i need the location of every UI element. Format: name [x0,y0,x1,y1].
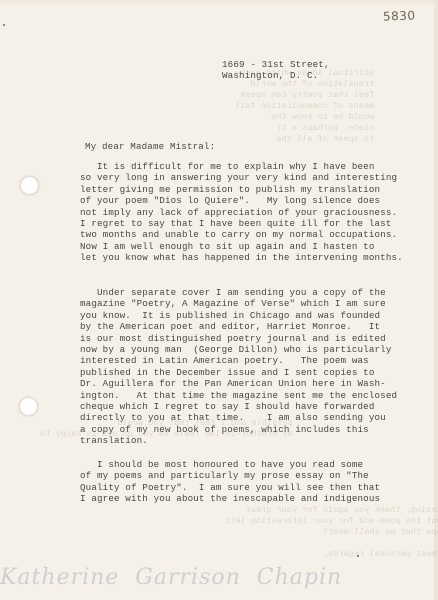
handwritten-signature: Katherine Garrison Chapin [0,565,342,590]
text-line: you know. It is published in Chicago and… [80,310,380,321]
text-line: by the American poet and editor, Harriet… [80,321,380,332]
archive-number: 5830 [383,8,416,23]
text-line: cheque which I regret to say I should ha… [80,401,375,412]
paragraph-3: I should be most honoured to have you re… [80,459,380,505]
punch-hole-icon [21,177,38,194]
ink-speck [3,24,5,26]
text-line: Under separate cover I am sending you a … [80,287,386,298]
sender-address: 1669 - 31st Street, Washington, D. C. [222,59,330,82]
text-line: It is difficult for me to explain why I … [80,161,375,172]
text-line: a copy of my new book of poems, which in… [80,424,369,435]
text-line: not imply any lack of appreciation of yo… [80,207,397,218]
address-line-1: 1669 - 31st Street, [222,59,330,70]
text-line: two months and unable to carry on my nor… [80,229,397,240]
paragraph-1: It is difficult for me to explain why I … [80,161,403,264]
paragraph-2: Under separate cover I am sending you a … [80,287,397,447]
ink-speck [357,555,359,557]
text-line: directly to you at that time. I am also … [80,412,386,423]
text-line: I should be most honoured to have you re… [80,459,363,470]
punch-hole-icon [20,398,37,415]
salutation: My dear Madame Mistral: [85,141,215,152]
text-line: magazine "Poetry, A Magazine of Verse" w… [80,298,386,309]
text-line: I agree with you about the inescapable a… [80,493,380,504]
show-through-text: May I, in closing, thank you again for y… [225,505,438,560]
page-edge-shadow [0,0,438,6]
text-line: I regret to say that I have been quite i… [80,218,392,229]
text-line: of my poems and particularly my prose es… [80,470,369,481]
text-line: interested in Latin American poetry. The… [80,355,369,366]
text-line: letter giving me permission to publish m… [80,184,380,195]
text-line: now by a young man (George Dillon) who i… [80,344,392,355]
text-line: Now I am well enough to sit up again and… [80,241,375,252]
text-line: Dr. Aguillera for the Pan American Union… [80,378,386,389]
text-line: ington. At that time the magazine sent m… [80,390,397,401]
text-line: translation. [80,435,148,446]
letter-page: spiritual ideas which each translation o… [0,0,438,600]
text-line: so very long in answering your very kind… [80,172,397,183]
text-line: Quality of Poetry". I am sure you will s… [80,482,380,493]
text-line: of your poem "Dios lo Quiere". My long s… [80,195,380,206]
text-line: published in the December issue and I se… [80,367,375,378]
text-line: let you know what has happened in the in… [80,252,403,263]
address-line-2: Washington, D. C. [222,70,318,81]
text-line: is our most distinguished poetry journal… [80,333,386,344]
